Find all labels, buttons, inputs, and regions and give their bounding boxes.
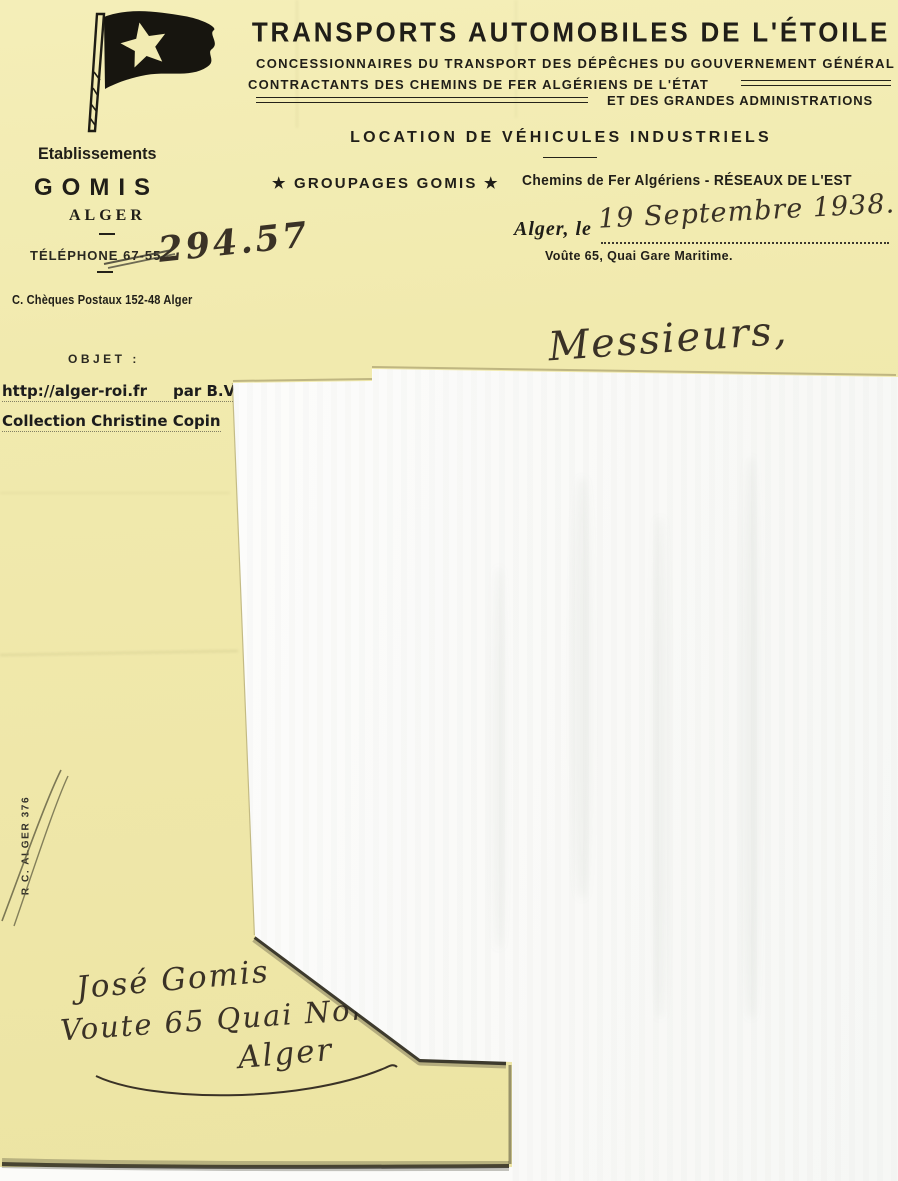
ink-bleedthrough (573, 478, 591, 898)
pencil-scratch (2, 770, 61, 921)
pencil-scratch (14, 776, 68, 926)
ink-bleedthrough (493, 568, 505, 948)
scanned-letter: TRANSPORTS AUTOMOBILES DE L'ÉTOILE CONCE… (0, 0, 898, 1181)
ink-bleedthrough (653, 518, 667, 1018)
signature-flourish (96, 1065, 397, 1095)
ink-bleedthrough (743, 458, 759, 1018)
